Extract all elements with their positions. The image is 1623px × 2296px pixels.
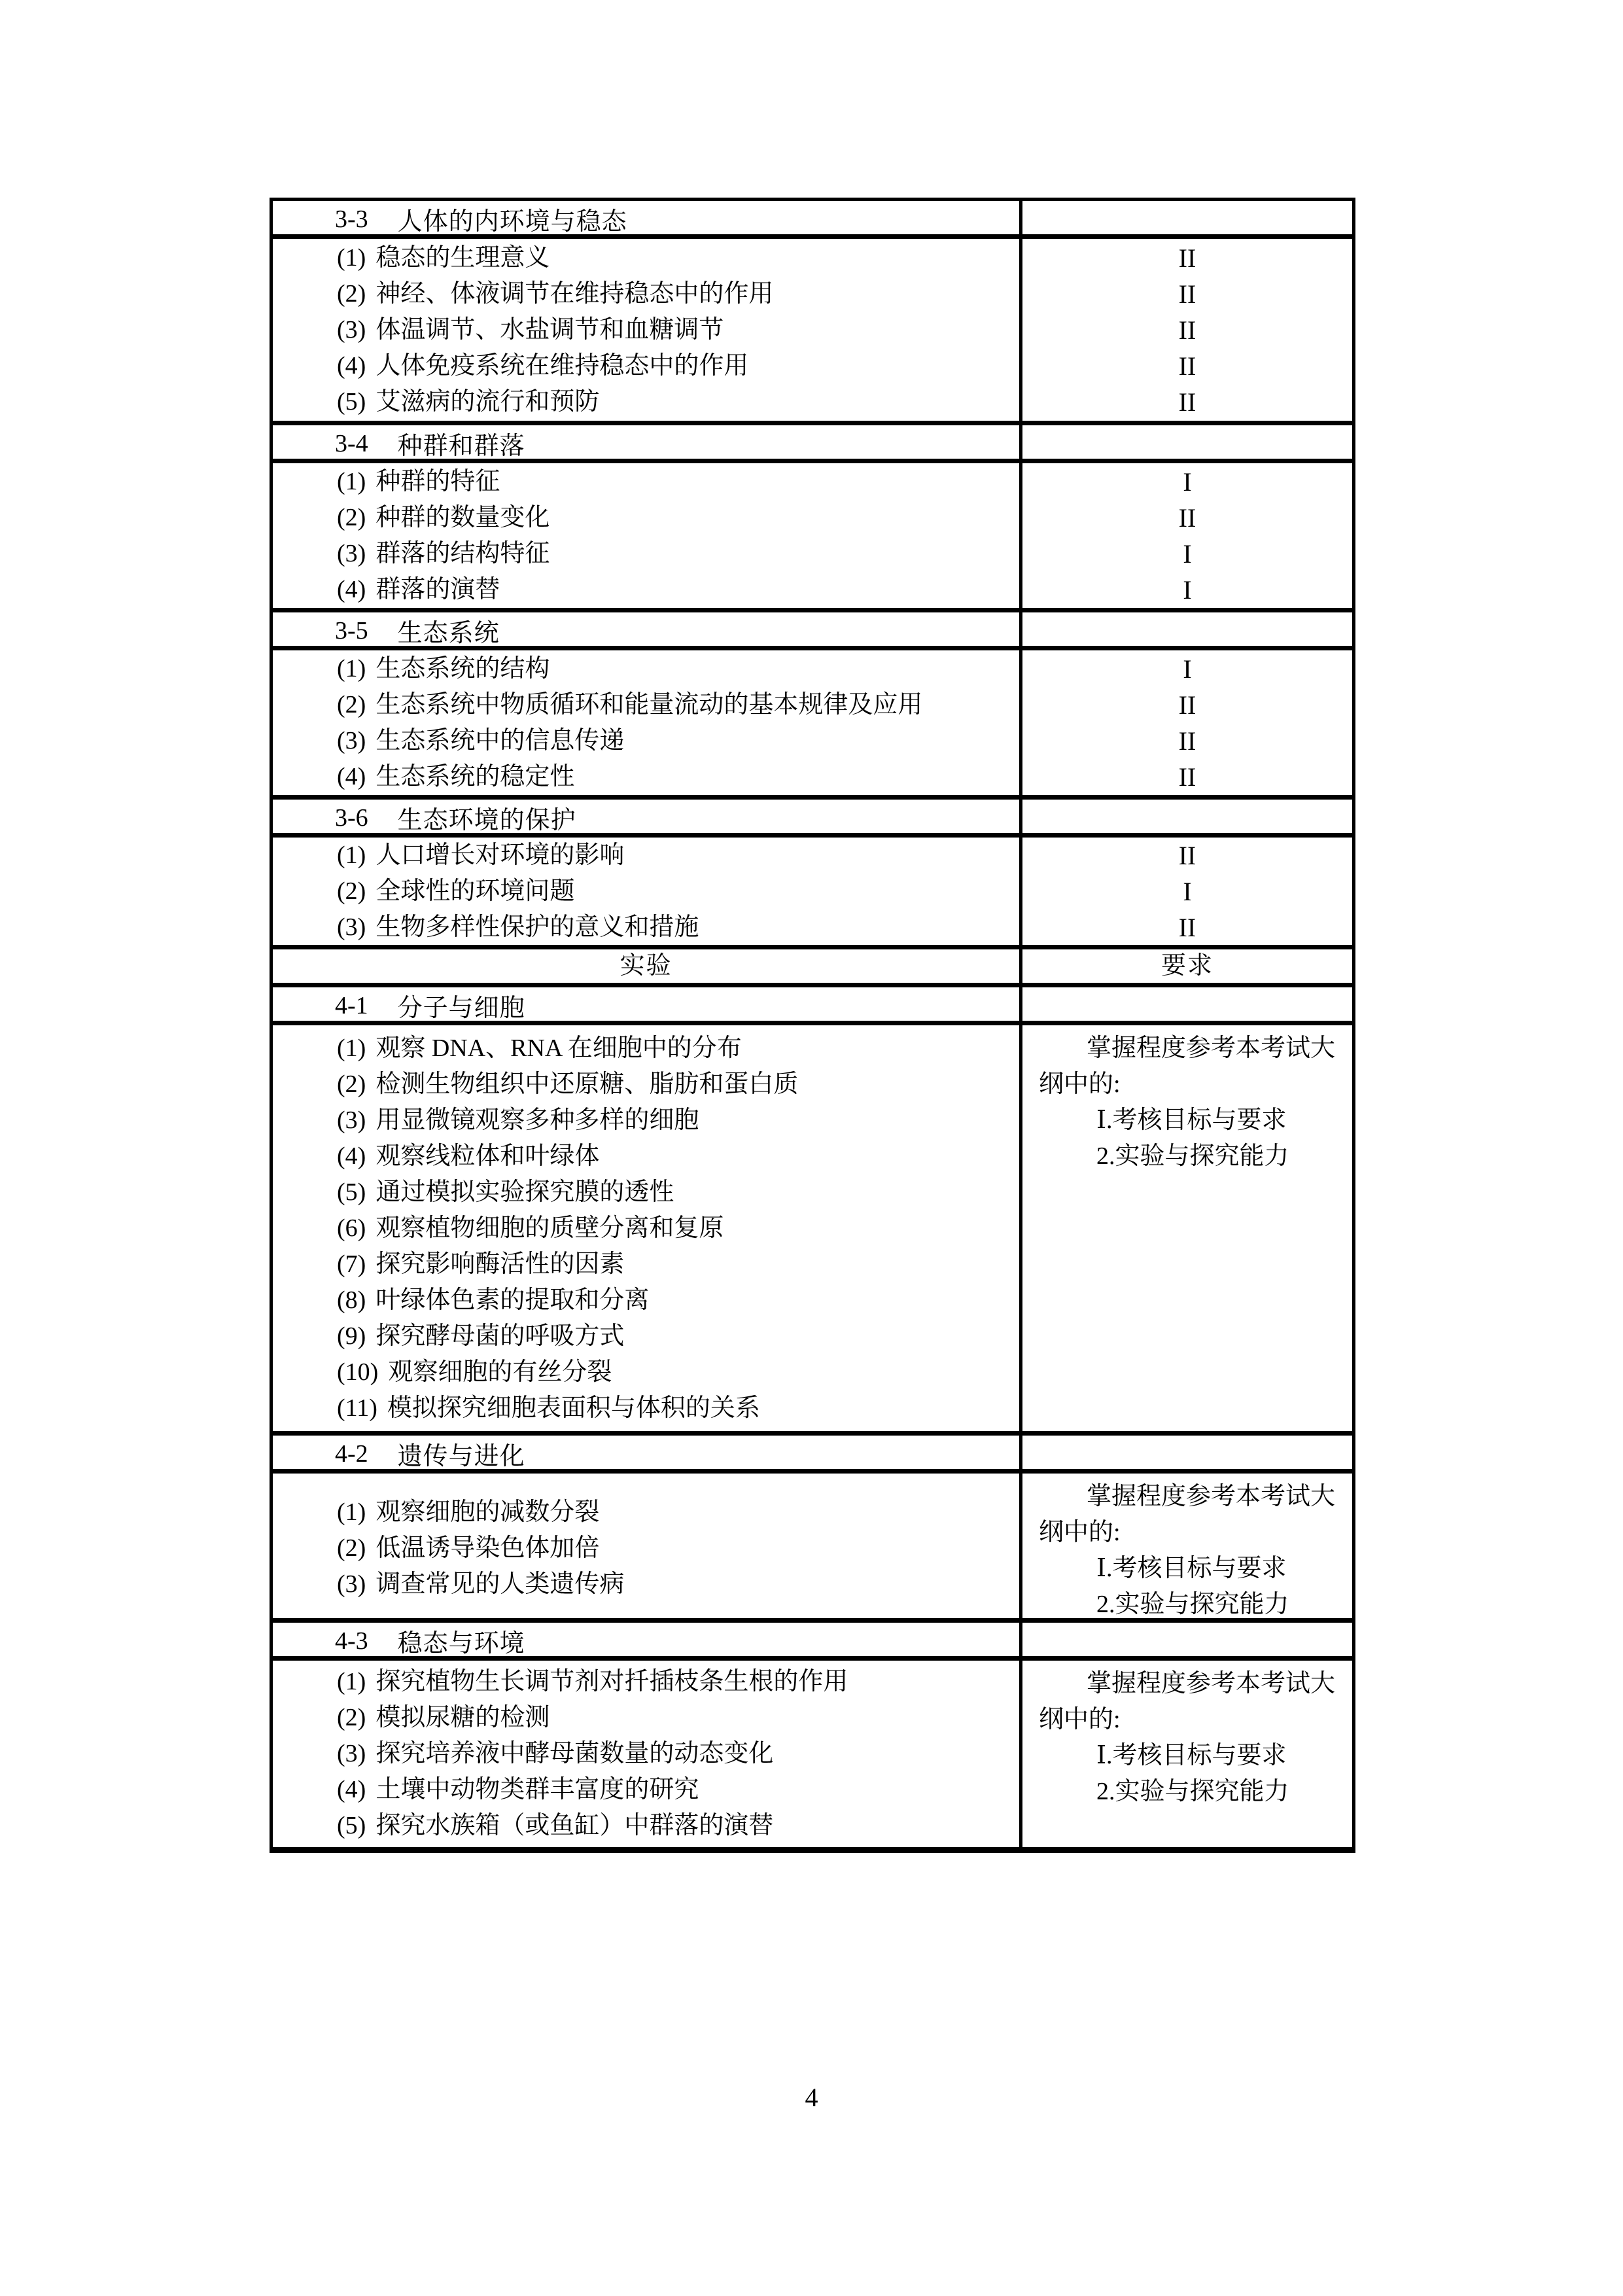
item-number: (1) (337, 244, 366, 272)
item-number: (3) (337, 540, 366, 567)
section-number: 3-4 (335, 429, 368, 458)
item-number: (4) (337, 763, 366, 790)
left-cell: 3-3人体的内环境与稳态 (273, 201, 1019, 237)
item-number: (1) (337, 655, 366, 682)
item-number: (1) (337, 1034, 366, 1062)
item-number: (5) (337, 1812, 366, 1839)
right-cell (1019, 800, 1352, 836)
item-line: (4)观察线粒体和叶绿体 (273, 1139, 1019, 1174)
note-line: 纲中的: (1039, 1067, 1336, 1103)
left-cell: (1)稳态的生理意义(2)神经、体液调节在维持稳态中的作用(3)体温调节、水盐调… (273, 239, 1019, 421)
note-line: 2.实验与探究能力 (1039, 1139, 1336, 1174)
item-number: (11) (337, 1394, 377, 1422)
item-number: (2) (337, 1534, 366, 1562)
item-number: (4) (337, 1776, 366, 1803)
item-line: (3)用显微镜观察多种多样的细胞 (273, 1103, 1019, 1139)
left-cell: (1)观察 DNA、RNA 在细胞中的分布(2)检测生物组织中还原糖、脂肪和蛋白… (273, 1025, 1019, 1431)
item-line: (4)生态系统的稳定性 (273, 759, 1019, 795)
table-row-section: 4-1分子与细胞 (273, 987, 1352, 1025)
item-number: (3) (337, 1570, 366, 1598)
item-text: 模拟尿糖的检测 (375, 1704, 550, 1731)
item-number: (1) (337, 1668, 366, 1695)
item-number: (5) (337, 388, 366, 415)
level-value: II (1022, 348, 1352, 384)
item-text: 调查常见的人类遗传病 (375, 1570, 624, 1598)
item-line: (1)种群的特征 (273, 464, 1019, 500)
item-number: (3) (337, 913, 366, 941)
item-text: 生态系统的结构 (375, 655, 550, 682)
item-line: (4)群落的演替 (273, 572, 1019, 608)
item-text: 艾滋病的流行和预防 (375, 388, 599, 415)
item-line: (1)人口增长对环境的影响 (273, 838, 1019, 874)
level-value: I (1022, 536, 1352, 572)
item-number: (3) (337, 1106, 366, 1134)
section-number: 4-2 (335, 1439, 368, 1468)
level-value: II (1022, 759, 1352, 795)
note-line: Ⅰ.考核目标与要求 (1039, 1103, 1336, 1139)
table-row-items_note: (1)探究植物生长调节剂对扦插枝条生根的作用(2)模拟尿糖的检测(3)探究培养液… (273, 1661, 1352, 1847)
table-row-section: 4-3稳态与环境 (273, 1623, 1352, 1661)
item-number: (1) (337, 1498, 366, 1526)
level-value: II (1022, 723, 1352, 759)
item-line: (9)探究酵母菌的呼吸方式 (273, 1318, 1019, 1354)
right-cell (1019, 425, 1352, 461)
item-text: 叶绿体色素的提取和分离 (375, 1286, 649, 1314)
note-line: 纲中的: (1039, 1702, 1336, 1738)
item-text: 人体免疫系统在维持稳态中的作用 (375, 352, 748, 380)
table-row-items: (1)种群的特征(2)种群的数量变化(3)群落的结构特征(4)群落的演替IIII… (273, 463, 1352, 612)
item-text: 种群的特征 (375, 468, 500, 495)
item-text: 观察细胞的有丝分裂 (388, 1358, 612, 1386)
item-text: 神经、体液调节在维持稳态中的作用 (375, 280, 773, 308)
item-line: (2)全球性的环境问题 (273, 874, 1019, 910)
table-row-items: (1)生态系统的结构(2)生态系统中物质循环和能量流动的基本规律及应用(3)生态… (273, 650, 1352, 800)
item-number: (2) (337, 877, 366, 905)
right-cell: IIIIIII (1019, 650, 1352, 795)
item-text: 探究植物生长调节剂对扦插枝条生根的作用 (375, 1668, 848, 1695)
right-cell: IIIII (1019, 463, 1352, 608)
item-text: 探究水族箱（或鱼缸）中群落的演替 (375, 1812, 773, 1839)
item-line: (2)低温诱导染色体加倍 (273, 1530, 1019, 1566)
item-line: (1)稳态的生理意义 (273, 240, 1019, 276)
item-text: 生态系统中物质循环和能量流动的基本规律及应用 (375, 691, 922, 718)
item-text: 通过模拟实验探究膜的透性 (375, 1178, 674, 1206)
note-line: Ⅰ.考核目标与要求 (1039, 1738, 1336, 1774)
left-cell: 3-6生态环境的保护 (273, 800, 1019, 836)
item-text: 低温诱导染色体加倍 (375, 1534, 599, 1562)
level-value: I (1022, 464, 1352, 500)
item-line: (5)通过模拟实验探究膜的透性 (273, 1174, 1019, 1210)
item-text: 探究培养液中酵母菌数量的动态变化 (375, 1740, 773, 1767)
section-number: 4-1 (335, 991, 368, 1020)
left-cell: (1)人口增长对环境的影响(2)全球性的环境问题(3)生物多样性保护的意义和措施 (273, 838, 1019, 945)
item-text: 种群的数量变化 (375, 504, 550, 531)
page-number: 4 (0, 2082, 1623, 2113)
left-cell: 3-4种群和群落 (273, 425, 1019, 461)
table-row-section: 3-5生态系统 (273, 612, 1352, 650)
level-value: I (1022, 651, 1352, 687)
table-row-section: 4-2遗传与进化 (273, 1436, 1352, 1474)
level-value: II (1022, 838, 1352, 874)
right-cell (1019, 1623, 1352, 1659)
left-cell: 4-1分子与细胞 (273, 987, 1019, 1023)
left-cell: 4-2遗传与进化 (273, 1436, 1019, 1472)
item-line: (2)生态系统中物质循环和能量流动的基本规律及应用 (273, 687, 1019, 723)
note-line: 掌握程度参考本考试大 (1039, 1031, 1336, 1067)
item-text: 生物多样性保护的意义和措施 (375, 913, 699, 941)
left-cell: 3-5生态系统 (273, 612, 1019, 648)
item-text: 检测生物组织中还原糖、脂肪和蛋白质 (375, 1070, 798, 1098)
item-number: (7) (337, 1250, 366, 1278)
left-cell: (1)种群的特征(2)种群的数量变化(3)群落的结构特征(4)群落的演替 (273, 463, 1019, 608)
note-line: 掌握程度参考本考试大 (1039, 1479, 1336, 1515)
table-row-section: 3-6生态环境的保护 (273, 800, 1352, 838)
item-line: (4)人体免疫系统在维持稳态中的作用 (273, 348, 1019, 384)
item-line: (4)土壤中动物类群丰富度的研究 (273, 1772, 1019, 1808)
item-number: (9) (337, 1322, 366, 1350)
section-number: 3-6 (335, 804, 368, 832)
section-title: 稳态与环境 (398, 1623, 525, 1659)
item-line: (1)观察 DNA、RNA 在细胞中的分布 (273, 1031, 1019, 1067)
item-line: (1)观察细胞的减数分裂 (273, 1494, 1019, 1530)
item-text: 用显微镜观察多种多样的细胞 (375, 1106, 699, 1134)
item-number: (10) (337, 1358, 378, 1386)
note-line: 掌握程度参考本考试大 (1039, 1666, 1336, 1702)
item-line: (3)生态系统中的信息传递 (273, 723, 1019, 759)
item-line: (2)模拟尿糖的检测 (273, 1700, 1019, 1736)
section-number: 3-3 (335, 205, 368, 234)
item-line: (3)生物多样性保护的意义和措施 (273, 910, 1019, 945)
column-header-experiment: 实验 (273, 949, 1019, 983)
table-row-section: 3-4种群和群落 (273, 425, 1352, 463)
item-number: (4) (337, 352, 366, 380)
item-number: (3) (337, 1740, 366, 1767)
note-line: 2.实验与探究能力 (1039, 1774, 1336, 1810)
section-title: 分子与细胞 (398, 987, 525, 1023)
item-number: (1) (337, 468, 366, 495)
item-line: (2)检测生物组织中还原糖、脂肪和蛋白质 (273, 1067, 1019, 1103)
item-number: (3) (337, 316, 366, 344)
item-text: 生态系统的稳定性 (375, 763, 574, 790)
right-cell: 要求 (1019, 949, 1352, 983)
syllabus-table: 3-3人体的内环境与稳态(1)稳态的生理意义(2)神经、体液调节在维持稳态中的作… (270, 198, 1355, 1853)
item-number: (2) (337, 691, 366, 718)
table-row-items_note: (1)观察 DNA、RNA 在细胞中的分布(2)检测生物组织中还原糖、脂肪和蛋白… (273, 1025, 1352, 1436)
right-cell: IIIII (1019, 838, 1352, 945)
item-text: 体温调节、水盐调节和血糖调节 (375, 316, 724, 344)
level-value: II (1022, 910, 1352, 945)
level-value: II (1022, 312, 1352, 348)
level-value: II (1022, 276, 1352, 312)
item-line: (2)种群的数量变化 (273, 500, 1019, 536)
item-line: (5)艾滋病的流行和预防 (273, 384, 1019, 420)
note-line: 2.实验与探究能力 (1039, 1587, 1336, 1623)
item-number: (2) (337, 1070, 366, 1098)
right-cell (1019, 612, 1352, 648)
item-text: 观察线粒体和叶绿体 (375, 1142, 599, 1170)
item-line: (10)观察细胞的有丝分裂 (273, 1354, 1019, 1390)
section-title: 遗传与进化 (398, 1436, 525, 1472)
item-text: 观察植物细胞的质壁分离和复原 (375, 1214, 724, 1242)
table-row-colheads: 实验要求 (273, 949, 1352, 987)
right-cell (1019, 1436, 1352, 1472)
item-text: 探究酵母菌的呼吸方式 (375, 1322, 624, 1350)
left-cell: 实验 (273, 949, 1019, 983)
left-cell: (1)探究植物生长调节剂对扦插枝条生根的作用(2)模拟尿糖的检测(3)探究培养液… (273, 1661, 1019, 1847)
table-row-items: (1)人口增长对环境的影响(2)全球性的环境问题(3)生物多样性保护的意义和措施… (273, 838, 1352, 949)
left-cell: 4-3稳态与环境 (273, 1623, 1019, 1659)
item-number: (6) (337, 1214, 366, 1242)
section-title: 生态环境的保护 (398, 800, 576, 836)
item-text: 全球性的环境问题 (375, 877, 574, 905)
item-number: (3) (337, 727, 366, 754)
item-text: 稳态的生理意义 (375, 244, 550, 272)
level-value: II (1022, 384, 1352, 420)
level-value: II (1022, 687, 1352, 723)
item-number: (8) (337, 1286, 366, 1314)
item-number: (2) (337, 280, 366, 308)
right-cell (1019, 201, 1352, 237)
item-line: (1)生态系统的结构 (273, 651, 1019, 687)
section-title: 生态系统 (398, 612, 500, 648)
item-line: (6)观察植物细胞的质壁分离和复原 (273, 1210, 1019, 1246)
item-text: 群落的演替 (375, 576, 500, 603)
item-text: 观察细胞的减数分裂 (375, 1498, 599, 1526)
item-text: 生态系统中的信息传递 (375, 727, 624, 754)
item-line: (3)探究培养液中酵母菌数量的动态变化 (273, 1736, 1019, 1772)
item-line: (3)群落的结构特征 (273, 536, 1019, 572)
level-value: I (1022, 572, 1352, 608)
right-cell: 掌握程度参考本考试大纲中的:Ⅰ.考核目标与要求2.实验与探究能力 (1019, 1025, 1352, 1431)
left-cell: (1)生态系统的结构(2)生态系统中物质循环和能量流动的基本规律及应用(3)生态… (273, 650, 1019, 795)
section-title: 人体的内环境与稳态 (398, 201, 627, 237)
item-number: (4) (337, 1142, 366, 1170)
item-number: (2) (337, 504, 366, 531)
right-cell: 掌握程度参考本考试大纲中的:Ⅰ.考核目标与要求2.实验与探究能力 (1019, 1661, 1352, 1847)
section-number: 4-3 (335, 1627, 368, 1655)
right-cell: IIIIIIIIII (1019, 239, 1352, 421)
item-line: (8)叶绿体色素的提取和分离 (273, 1282, 1019, 1318)
item-line: (5)探究水族箱（或鱼缸）中群落的演替 (273, 1808, 1019, 1844)
level-value: II (1022, 240, 1352, 276)
level-value: I (1022, 874, 1352, 910)
note-line: 纲中的: (1039, 1515, 1336, 1551)
item-number: (4) (337, 576, 366, 603)
item-line: (7)探究影响酶活性的因素 (273, 1246, 1019, 1282)
table-row-section: 3-3人体的内环境与稳态 (273, 201, 1352, 239)
column-header-requirement: 要求 (1022, 949, 1352, 983)
item-line: (3)调查常见的人类遗传病 (273, 1566, 1019, 1602)
right-cell (1019, 987, 1352, 1023)
item-number: (2) (337, 1704, 366, 1731)
note-line: Ⅰ.考核目标与要求 (1039, 1551, 1336, 1587)
item-line: (1)探究植物生长调节剂对扦插枝条生根的作用 (273, 1664, 1019, 1700)
item-text: 探究影响酶活性的因素 (375, 1250, 624, 1278)
item-text: 土壤中动物类群丰富度的研究 (375, 1776, 699, 1803)
item-text: 观察 DNA、RNA 在细胞中的分布 (375, 1034, 741, 1062)
item-line: (2)神经、体液调节在维持稳态中的作用 (273, 276, 1019, 312)
section-title: 种群和群落 (398, 425, 525, 461)
item-text: 群落的结构特征 (375, 540, 550, 567)
table-row-items: (1)稳态的生理意义(2)神经、体液调节在维持稳态中的作用(3)体温调节、水盐调… (273, 239, 1352, 425)
item-line: (11)模拟探究细胞表面积与体积的关系 (273, 1390, 1019, 1426)
table-row-items_note: (1)观察细胞的减数分裂(2)低温诱导染色体加倍(3)调查常见的人类遗传病掌握程… (273, 1474, 1352, 1623)
level-value: II (1022, 500, 1352, 536)
item-line: (3)体温调节、水盐调节和血糖调节 (273, 312, 1019, 348)
item-number: (1) (337, 841, 366, 869)
right-cell: 掌握程度参考本考试大纲中的:Ⅰ.考核目标与要求2.实验与探究能力 (1019, 1474, 1352, 1623)
item-number: (5) (337, 1178, 366, 1206)
left-cell: (1)观察细胞的减数分裂(2)低温诱导染色体加倍(3)调查常见的人类遗传病 (273, 1474, 1019, 1623)
item-text: 模拟探究细胞表面积与体积的关系 (387, 1394, 760, 1422)
item-text: 人口增长对环境的影响 (375, 841, 624, 869)
section-number: 3-5 (335, 616, 368, 645)
